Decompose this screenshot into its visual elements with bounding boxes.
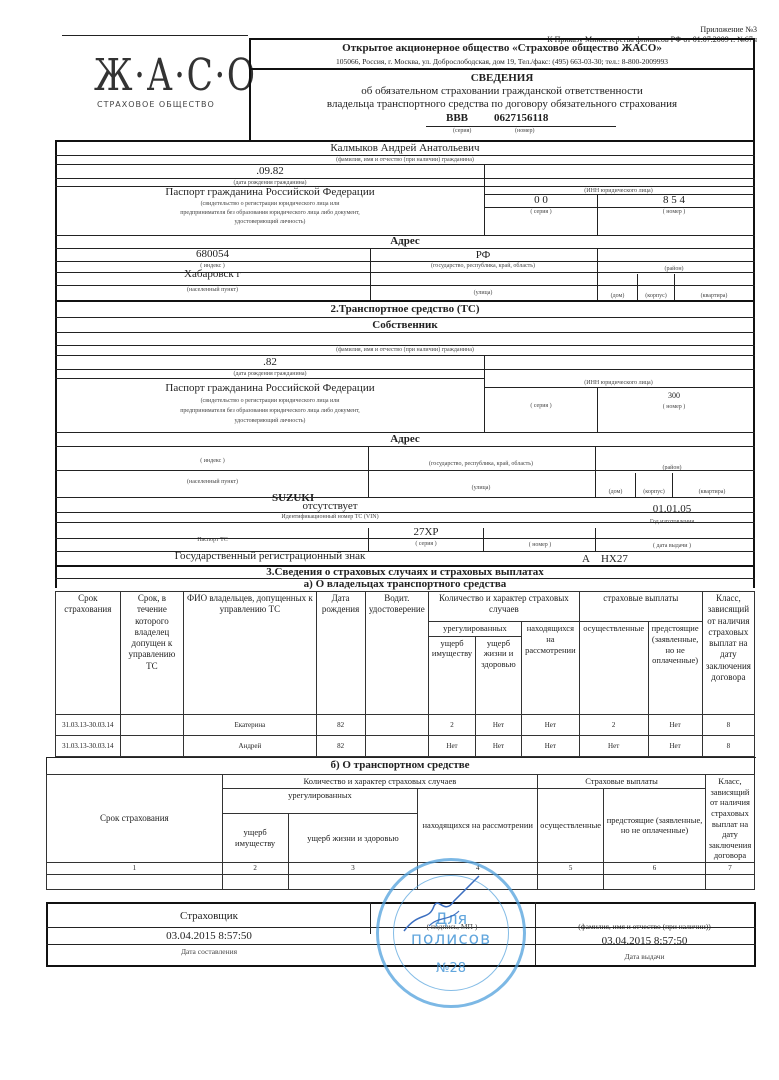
col-count: Количество и характер страховых случаев [428,592,579,622]
owner-building-label: (корпус) [636,489,672,495]
col-paid: осуществленные [579,622,648,715]
owner-street-label: (улица) [370,485,592,491]
vehicle-year[interactable]: 01.01.05 [597,503,747,515]
document-title: СВЕДЕНИЯ [252,72,752,84]
doc-label-1: (свидетельство о регистрации юридическог… [60,201,480,207]
col-period: Срок страхования [47,775,223,863]
vin-label: Идентификационный номер ТС (VIN) [60,514,600,520]
owner-city-label: (населенный пункт) [60,479,365,485]
col-paid: осуществленные [538,788,604,862]
owner-index-label: ( индекс ) [60,458,365,464]
insured-city[interactable]: Хабаровск г [60,268,365,280]
col-settled: урегулированных [222,788,418,813]
apartment-label: (квартира) [676,293,752,299]
company-stamp: Для полисов №28 [376,858,526,1008]
col-property: ущерб имуществу [428,636,475,715]
date-issued: 03.04.2015 8:57:50 [537,935,752,947]
insured-index[interactable]: 680054 [60,248,365,260]
date-created-label: Дата составления [50,947,368,956]
insured-address-title: Адрес [60,235,750,247]
company-address: 105066, Россия, г. Москва, ул. Доброслоб… [252,57,752,66]
insured-dob[interactable]: .09.82 [60,165,480,177]
vehicle-vin[interactable]: отсутствует [60,500,600,512]
owner-doc-series-label: ( серия ) [486,403,596,409]
insured-region[interactable]: РФ [372,249,594,261]
owners-subtitle: а) О владельцах транспортного средства [60,578,750,590]
col-pending: находящихся на рассмотрении [418,788,538,862]
company-logo: Ж·А·С·О [94,50,257,101]
owner-inn-label: (ИНН юридического лица) [486,380,751,386]
owner-document[interactable]: Паспорт гражданина Российской Федерации [60,382,480,394]
col-class: Класс, зависящий от наличия страховых вы… [702,592,754,715]
series-label: (серия) [453,128,471,134]
insured-document[interactable]: Паспорт гражданина Российской Федерации [60,186,480,198]
insured-name-label: (фамилия, имя и отчество (при наличии) г… [60,157,750,163]
owner-dob-label: (дата рождения гражданина) [60,371,480,377]
plate-number[interactable]: А НХ27 [582,553,628,565]
col-class: Класс, зависящий от наличия страховых вы… [705,775,754,863]
owner-doc-label-2: предпринимателя без образования юридичес… [60,408,480,414]
col-life: ущерб жизни и здоровью [288,814,418,863]
col-upcoming: предстоящие (заявленные, но не оплаченны… [648,622,702,715]
building-label: (корпус) [638,293,674,299]
pts-number-label: ( номер ) [485,542,595,548]
col-life: ущерб жизни и здоровью [476,636,522,715]
owner-name-label: (фамилия, имя и отчество (при наличии) г… [60,347,750,353]
pts-series-label: ( серия ) [370,541,482,547]
claims-section-title: 3.Сведения о страховых случаях и страхов… [60,566,750,578]
col-payouts: страховые выплаты [579,592,702,622]
col-payouts: Страховые выплаты [538,775,706,789]
policy-series: ВВВ [446,112,468,124]
col-fio: ФИО владельцев, допущенных к управлению … [184,592,316,715]
insured-name[interactable]: Калмыков Андрей Анатольевич [60,142,750,154]
plate-label: Государственный регистрационный знак [60,550,480,562]
owner-address-title: Адрес [60,433,750,445]
owner-doc-label-1: (свидетельство о регистрации юридическог… [60,398,480,404]
owner-doc-number-label: ( номер ) [599,404,749,410]
region-label: (государство, республика, край, область) [372,263,594,269]
company-name: Открытое акционерное общество «Страховое… [252,42,752,54]
policy-number: 0627156118 [494,112,548,124]
owner-house-label: (дом) [597,489,634,495]
house-label: (дом) [599,293,636,299]
street-label: (улица) [372,290,594,296]
vehicle-claims-subtitle: б) О транспортном средстве [50,759,750,771]
fio-label: (фамилия, имя и отчество (при наличии)) [537,922,752,931]
city-label: (населенный пункт) [60,287,365,293]
doc-series-label: ( серия ) [486,209,596,215]
col-property: ущерб имуществу [222,814,288,863]
date-issued-label: Дата выдачи [537,952,752,961]
col-license: Водит. удостоверение [365,592,428,715]
insurer-label: Страховщик [50,910,368,922]
owner-apartment-label: (квартира) [674,489,750,495]
document-subtitle-2: владельца транспортного средства по дого… [252,98,752,110]
logo-subtitle: СТРАХОВОЕ ОБЩЕСТВО [97,100,215,109]
stamp-line-3: №28 [379,961,523,976]
col-admitted: Срок, в течение которого владелец допуще… [120,592,184,715]
owner-dob[interactable]: .82 [60,356,480,368]
table-row: 31.03.13-30.03.14 Екатерина 82 2 Нет Нет… [56,715,755,736]
document-subtitle-1: об обязательном страховании гражданской … [252,85,752,97]
insured-doc-series[interactable]: 0 0 [486,194,596,206]
doc-label-3: удостоверяющий личность) [60,219,480,225]
col-dob: Дата рождения [316,592,365,715]
signature-icon [399,871,489,941]
doc-label-2: предпринимателя без образования юридичес… [60,210,480,216]
table-row: 31.03.13-30.03.14 Андрей 82 Нет Нет Нет … [56,736,755,757]
col-pending: находящихся на рассмотрении [521,622,579,715]
col-settled: урегулированных [428,622,521,636]
number-label: (номер) [515,128,535,134]
col-count: Количество и характер страховых случаев [222,775,537,789]
insured-doc-number[interactable]: 8 5 4 [599,194,749,206]
doc-number-label: ( номер ) [599,209,749,215]
pts-date-label: ( дата выдачи ) [597,543,747,549]
vehicle-section-title: 2.Транспортное средство (ТС) [60,303,750,315]
appendix-number: Приложение №3 [700,25,757,34]
date-created: 03.04.2015 8:57:50 [50,930,368,942]
owner-title: Собственник [60,319,750,331]
owner-doc-label-3: удостоверяющий личность) [60,418,480,424]
owners-claims-table: Срок страхования Срок, в течение которог… [55,591,755,757]
pts-series[interactable]: 27ХР [370,526,482,538]
col-period: Срок страхования [56,592,121,715]
col-upcoming: предстоящие (заявленные, но не оплаченны… [604,788,706,862]
owner-region-label: (государство, республика, край, область) [370,461,592,467]
owner-doc-number[interactable]: 300 [599,391,749,400]
